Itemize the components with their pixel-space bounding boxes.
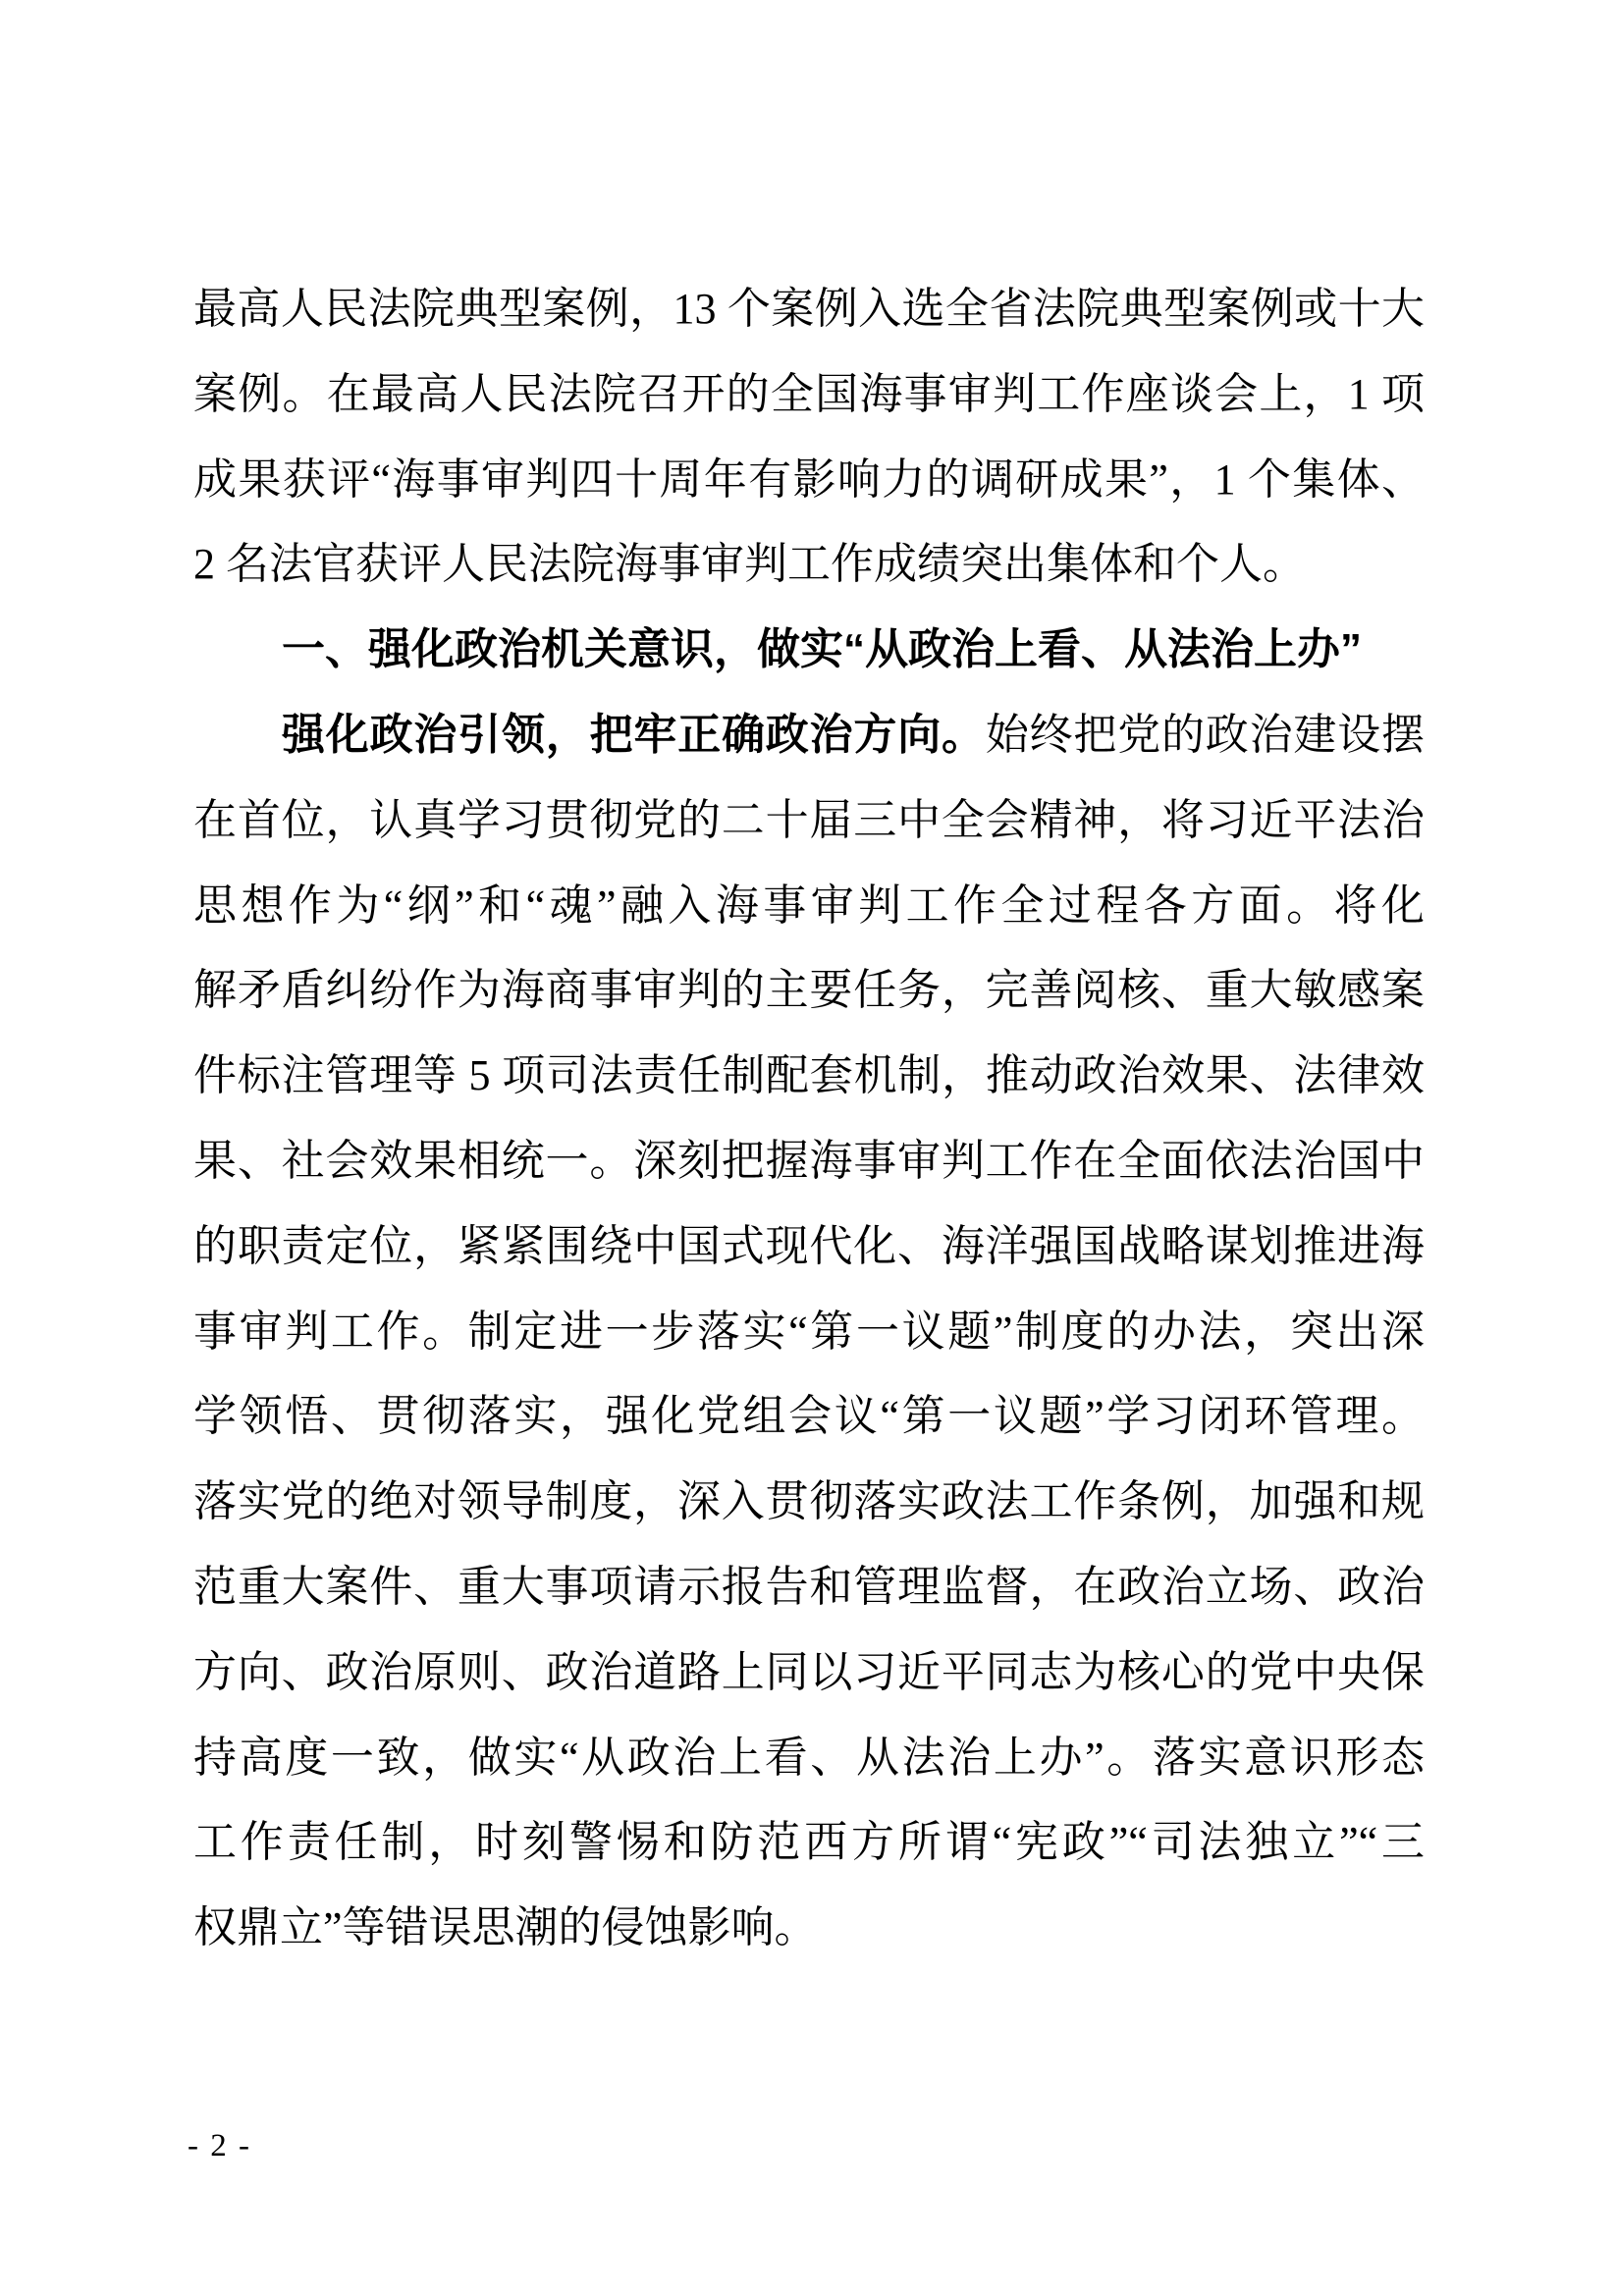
paragraph-line: 工作责任制，时刻警惕和防范西方所谓“宪政”“司法独立”“三	[193, 1800, 1425, 1886]
bold-lead-sentence: 强化政治引领，把牢正确政治方向。	[282, 711, 986, 759]
paragraph-line: 事审判工作。制定进一步落实“第一议题”制度的办法，突出深	[193, 1290, 1425, 1375]
paragraph-line: 最高人民法院典型案例，13 个案例入选全省法院典型案例或十大	[193, 267, 1425, 352]
section-heading: 一、强化政治机关意识，做实“从政治上看、从法治上办”	[193, 608, 1425, 693]
paragraph-line: 学领悟、贯彻落实，强化党组会议“第一议题”学习闭环管理。	[193, 1374, 1425, 1460]
paragraph-line: 方向、政治原则、政治道路上同以习近平同志为核心的党中央保	[193, 1630, 1425, 1716]
paragraph-line: 果、社会效果相统一。深刻把握海事审判工作在全面依法治国中	[193, 1119, 1425, 1204]
paragraph-line: 的职责定位，紧紧围绕中国式现代化、海洋强国战略谋划推进海	[193, 1204, 1425, 1290]
paragraph-line: 解矛盾纠纷作为海商事审判的主要任务，完善阅核、重大敏感案	[193, 948, 1425, 1034]
paragraph-line: 范重大案件、重大事项请示报告和管理监督，在政治立场、政治	[193, 1545, 1425, 1630]
paragraph-text: 始终把党的政治建设摆	[986, 711, 1425, 759]
paragraph-line: 思想作为“纲”和“魂”融入海事审判工作全过程各方面。将化	[193, 864, 1425, 949]
paragraph-line: 案例。在最高人民法院召开的全国海事审判工作座谈会上，1 项	[193, 352, 1425, 438]
paragraph-line: 成果获评“海事审判四十周年有影响力的调研成果”，1 个集体、	[193, 438, 1425, 523]
page-number: - 2 -	[188, 2122, 251, 2169]
paragraph-line: 权鼎立”等错误思潮的侵蚀影响。	[193, 1886, 1425, 1971]
paragraph-line: 持高度一致，做实“从政治上看、从法治上办”。落实意识形态	[193, 1716, 1425, 1801]
paragraph-line: 强化政治引领，把牢正确政治方向。始终把党的政治建设摆	[193, 693, 1425, 778]
document-body: 最高人民法院典型案例，13 个案例入选全省法院典型案例或十大 案例。在最高人民法…	[193, 267, 1425, 1971]
paragraph-line: 落实党的绝对领导制度，深入贯彻落实政法工作条例，加强和规	[193, 1460, 1425, 1545]
paragraph-line: 件标注管理等 5 项司法责任制配套机制，推动政治效果、法律效	[193, 1034, 1425, 1119]
document-page: 最高人民法院典型案例，13 个案例入选全省法院典型案例或十大 案例。在最高人民法…	[0, 0, 1616, 2296]
paragraph-line: 2 名法官获评人民法院海事审判工作成绩突出集体和个人。	[193, 522, 1425, 608]
paragraph-line: 在首位，认真学习贯彻党的二十届三中全会精神，将习近平法治	[193, 778, 1425, 864]
